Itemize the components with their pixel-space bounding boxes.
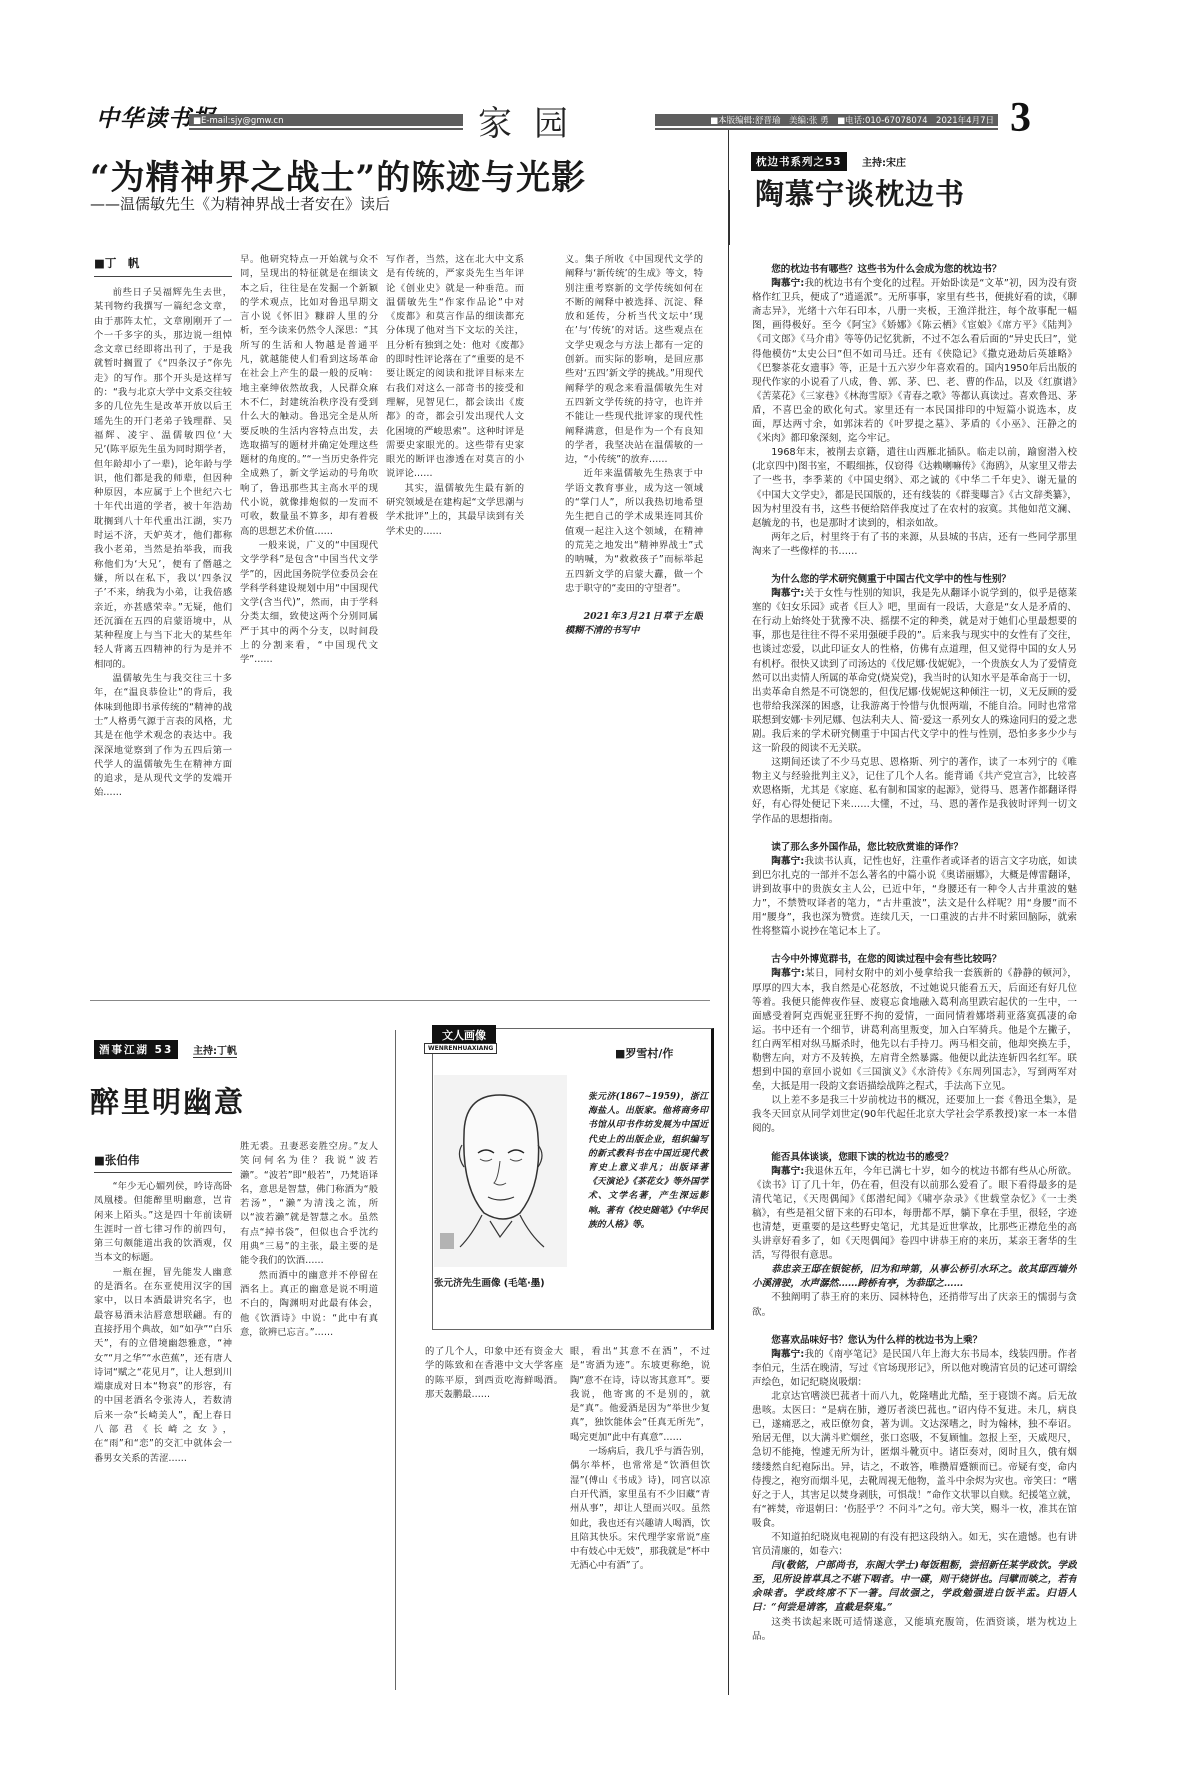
wine-column-3: 的了几个人，印象中还有资金大学的陈致和在香港中文大学客座的陈平原，到西贡吃海鲜喝… bbox=[425, 1345, 563, 1682]
portrait-sketch-icon bbox=[434, 1075, 567, 1267]
answer: 不知道拍纪晓岚电视剧的有没有把这段纳入。如无，实在遗憾。也有讲官员清廉的，如卷六… bbox=[752, 1531, 1077, 1559]
paragraph: 然而酒中的幽意并不停留在酒名上。真正的幽意是说不明道不白的，陶渊明对此最有体会，… bbox=[240, 1269, 378, 1340]
speaker-label: 陶慕宁: bbox=[771, 856, 804, 867]
paragraph: 近年来温儒敏先生热衷于中学语文教育事业，成为这一领域的“掌门人”，所以我热切地希… bbox=[565, 467, 703, 596]
paragraph: 义。集子所收《中国现代文学的阐释与‘新传统’的生成》等文，特别注重考察新的文学传… bbox=[565, 253, 703, 467]
section-divider bbox=[90, 1000, 710, 1001]
question: 为什么您的学术研究侧重于中国古代文学中的性与性别？ bbox=[752, 573, 1077, 587]
paragraph: 早。他研究特点一开始就与众不同，呈现出的特征就是在细读文本之后，往往是在发掘一个… bbox=[240, 253, 378, 539]
question: 读了那么多外国作品，您比较欣赏谁的译作？ bbox=[752, 841, 1077, 855]
article-column-3: 写作者，当然，这在北大中文系是有传统的，严家炎先生当年评论《创业史》就是一种垂范… bbox=[386, 253, 524, 973]
paragraph: 温儒敏先生与我交往三十多年，在“温良恭俭让”的背后，我体味到他即书承传统的“精神… bbox=[94, 672, 232, 801]
wine-column-1: “年少无心媚列侯，吟诗高卧凤凰楼。但能醉里明幽意，岂肯闲来上陌头。”这是四十年前… bbox=[94, 1180, 232, 1682]
byline-rule bbox=[94, 276, 232, 277]
article-column-1: 前些日子吴福辉先生去世，某刊物约我撰写一篇纪念文章，由于那阵太忙，文章刚刚开了一… bbox=[94, 286, 232, 976]
answer: 这类书读起来既可适情遂意，又能填充腹笥，佐酒资谈，堪为枕边上品。 bbox=[752, 1616, 1077, 1644]
paragraph: 一瓶在握，冒先能发人幽意的是酒名。在东亚使用汉字的国家中，以日本酒最讲究名字，也… bbox=[94, 1266, 232, 1466]
article-signature: 2021年3月21日草于左眼模糊不清的书写中 bbox=[565, 610, 703, 639]
wine-series-host: 主持:丁帆 bbox=[193, 1042, 237, 1058]
paragraph: 一场病后，我几乎与酒告别，偶尔举杯，也常常是“饮酒但饮湿”(傅山《书成》诗)，同… bbox=[570, 1445, 710, 1574]
paragraph: 其实，温儒敏先生最有新的研究领域是在建构起“文学思潮与学术批评”上的，其最早读到… bbox=[386, 482, 524, 539]
interview-body: 您的枕边书有哪些？这些书为什么会成为您的枕边书？ 陶慕宁:我的枕边书有个变化的过… bbox=[752, 263, 1077, 1683]
wine-byline: ■张伯伟 bbox=[94, 1152, 139, 1168]
question: 您的枕边书有哪些？这些书为什么会成为您的枕边书？ bbox=[752, 263, 1077, 277]
email-bar: ■E-mail:sjy@gmw.cn bbox=[189, 114, 463, 128]
question: 古今中外博览群书，在您的阅读过程中会有些比较吗？ bbox=[752, 953, 1077, 967]
quoted-passage: 恭忠亲王邸在银锭桥，旧为和珅第，从事公桥引水环之。故其邸西墙外小溪清驶，水声潺然… bbox=[752, 1263, 1077, 1291]
portrait-tag-sub: WENRENHUAXIANG bbox=[424, 1043, 497, 1054]
answer: 某日，同村女附中的刘小曼拿给我一套簇新的《静静的顿河》，厚厚的四大本，我自然是心… bbox=[752, 968, 1077, 1092]
speaker-label: 陶慕宁: bbox=[771, 278, 804, 289]
answer: 我退休五年，今年已满七十岁，如今的枕边书都有些从心所欲。《读书》订了几十年，仍在… bbox=[752, 1166, 1077, 1262]
answer: 以上差不多是我三十岁前枕边书的概况，还要加上一套《鲁迅全集》，是我冬天回京从同学… bbox=[752, 1094, 1077, 1136]
portrait-image bbox=[434, 1075, 567, 1267]
title-accent-rule bbox=[729, 190, 730, 245]
question: 您喜欢品味好书？您认为什么样的枕边书为上乘？ bbox=[752, 1334, 1077, 1348]
article-subtitle: ——温儒敏先生《为精神界战士者安在》读后 bbox=[90, 193, 390, 214]
series-host: 主持:宋庄 bbox=[862, 154, 906, 169]
paragraph: 一般来说，广义的“中国现代文学学科”是包含“中国当代文学学”的，因此国务院学位委… bbox=[240, 539, 378, 668]
answer: 北京达官嗜淡巴菰者十而八九，乾隆嗜此尤酷，至于寝馈不离。后无故患咳。太医曰：“是… bbox=[752, 1390, 1077, 1531]
answer: 两年之后，村里终于有了书的来源，从县城的书店，还有一些同学那里淘来了一些像样的书… bbox=[752, 531, 1077, 559]
paragraph: 写作者，当然，这在北大中文系是有传统的，严家炎先生当年评论《创业史》就是一种垂范… bbox=[386, 253, 524, 482]
paragraph: “年少无心媚列侯，吟诗高卧凤凰楼。但能醉里明幽意，岂肯闲来上陌头。”这是四十年前… bbox=[94, 1180, 232, 1266]
speaker-label: 陶慕宁: bbox=[771, 588, 804, 599]
speaker-label: 陶慕宁: bbox=[771, 1349, 804, 1360]
paragraph: 前些日子吴福辉先生去世，某刊物约我撰写一篇纪念文章，由于那阵太忙，文章刚刚开了一… bbox=[94, 286, 232, 672]
question: 能否具体谈谈，您眼下读的枕边书的感受？ bbox=[752, 1151, 1077, 1165]
interview-title: 陶慕宁谈枕边书 bbox=[755, 172, 965, 213]
answer: 1968年末，被削去京籍，遣往山西雁北插队。临走以前，踰窗潜入校(北京四中)图书… bbox=[752, 446, 1077, 531]
byline-rule bbox=[94, 1172, 232, 1173]
answer: 关于女性与性别的知识，我是先从翻译小说学到的，似乎是德莱塞的《妇女乐园》或者《巨… bbox=[752, 588, 1077, 754]
portrait-bio: 张元济(1867~1959)，浙江海盐人。出版家。他将商务印书馆从印书作坊发展为… bbox=[588, 1090, 708, 1232]
article-column-4: 义。集子所收《中国现代文学的阐释与‘新传统’的生成》等文，特别注重考察新的文学传… bbox=[565, 253, 703, 973]
article-byline: ■丁 帆 bbox=[94, 255, 139, 271]
editor-info-bar: ■本版编辑:舒晋瑜 美编:张 勇 ■电话:010-67078074 2021年4… bbox=[655, 114, 998, 128]
speaker-label: 陶慕宁: bbox=[771, 1166, 804, 1177]
column-divider bbox=[728, 130, 729, 1695]
speaker-label: 陶慕宁: bbox=[771, 968, 805, 979]
wine-title: 醉里明幽意 bbox=[90, 1080, 245, 1121]
portrait-tag: 文人画像 bbox=[432, 1025, 496, 1045]
series-tag: 枕边书系列之53 bbox=[751, 152, 847, 171]
page-number: 3 bbox=[1010, 94, 1031, 142]
wine-column-2: 胜无裘。丑妻恶妾胜空房。”友人笑问何名为佳？我说“波若濑”。“波若”即“般若”，… bbox=[240, 1140, 378, 1682]
paragraph: 的了几个人，印象中还有资金大学的陈致和在香港中文大学客座的陈平原，到西贡吃海鲜喝… bbox=[425, 1345, 563, 1402]
wine-column-4: 眼，看出“其意不在酒”，不过是“寄酒为迹”。东坡更称绝，说陶“意不在诗，诗以寄其… bbox=[570, 1345, 710, 1682]
answer: 我的枕边书有个变化的过程。开始卧读是“文革”初，因为没有资格作红卫兵，便成了“逍… bbox=[752, 278, 1077, 444]
paragraph: 眼，看出“其意不在酒”，不过是“寄酒为迹”。东坡更称绝，说陶“意不在诗，诗以寄其… bbox=[570, 1345, 710, 1445]
section-title: 家园 bbox=[478, 96, 590, 145]
answer: 不独阐明了恭王府的来历、园林特色，还捎带写出了庆亲王的懦弱与贪欲。 bbox=[752, 1291, 1077, 1319]
answer: 这期间还读了不少马克思、恩格斯、列宁的著作，读了一本列宁的《唯物主义与经验批判主… bbox=[752, 756, 1077, 826]
column-divider bbox=[395, 1030, 396, 1690]
article-headline: “为精神界之战士”的陈迹与光影 bbox=[90, 150, 586, 199]
article-column-2: 早。他研究特点一开始就与众不同，呈现出的特征就是在细读文本之后，往往是在发掘一个… bbox=[240, 253, 378, 973]
paragraph: 胜无裘。丑妻恶妾胜空房。”友人笑问何名为佳？我说“波若濑”。“波若”即“般若”，… bbox=[240, 1140, 378, 1269]
portrait-caption: 张元济先生画像 (毛笔·墨) bbox=[434, 1275, 545, 1289]
wine-series-tag: 酒事江湖 53 bbox=[94, 1040, 178, 1059]
portrait-artist: ■罗雪村/作 bbox=[615, 1045, 673, 1061]
quoted-passage: 闫(敬铭，户部尚书，东阁大学士)每饭粗粝，尝招新任某学政饮。学政至，见所设皆草具… bbox=[752, 1559, 1077, 1615]
answer: 我读书认真，记性也好，注重作者或译者的语言文字功底，如读到巴尔扎克的一部并不怎么… bbox=[752, 856, 1077, 937]
